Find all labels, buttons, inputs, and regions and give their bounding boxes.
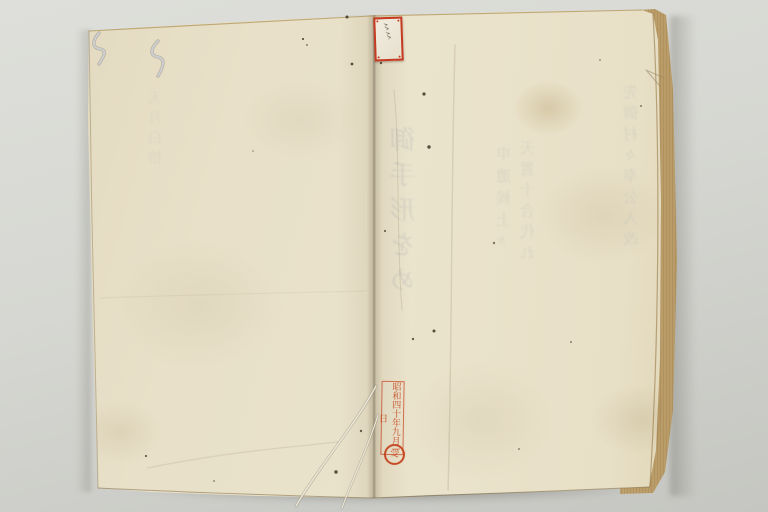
slip-corner-dot <box>397 20 399 22</box>
slip-corner-dot <box>399 56 401 58</box>
title-slip-handwriting: 〻〻 <box>380 21 393 41</box>
slip-corner-dot <box>378 56 380 58</box>
photo-of-open-manuscript: 御手形をめ 申遣候上ヶ 天置十合代れ 先御村々奉公入改 天月白拾 <box>0 0 768 512</box>
slip-corner-dot <box>376 20 378 22</box>
title-slip: 〻〻 <box>373 17 404 62</box>
